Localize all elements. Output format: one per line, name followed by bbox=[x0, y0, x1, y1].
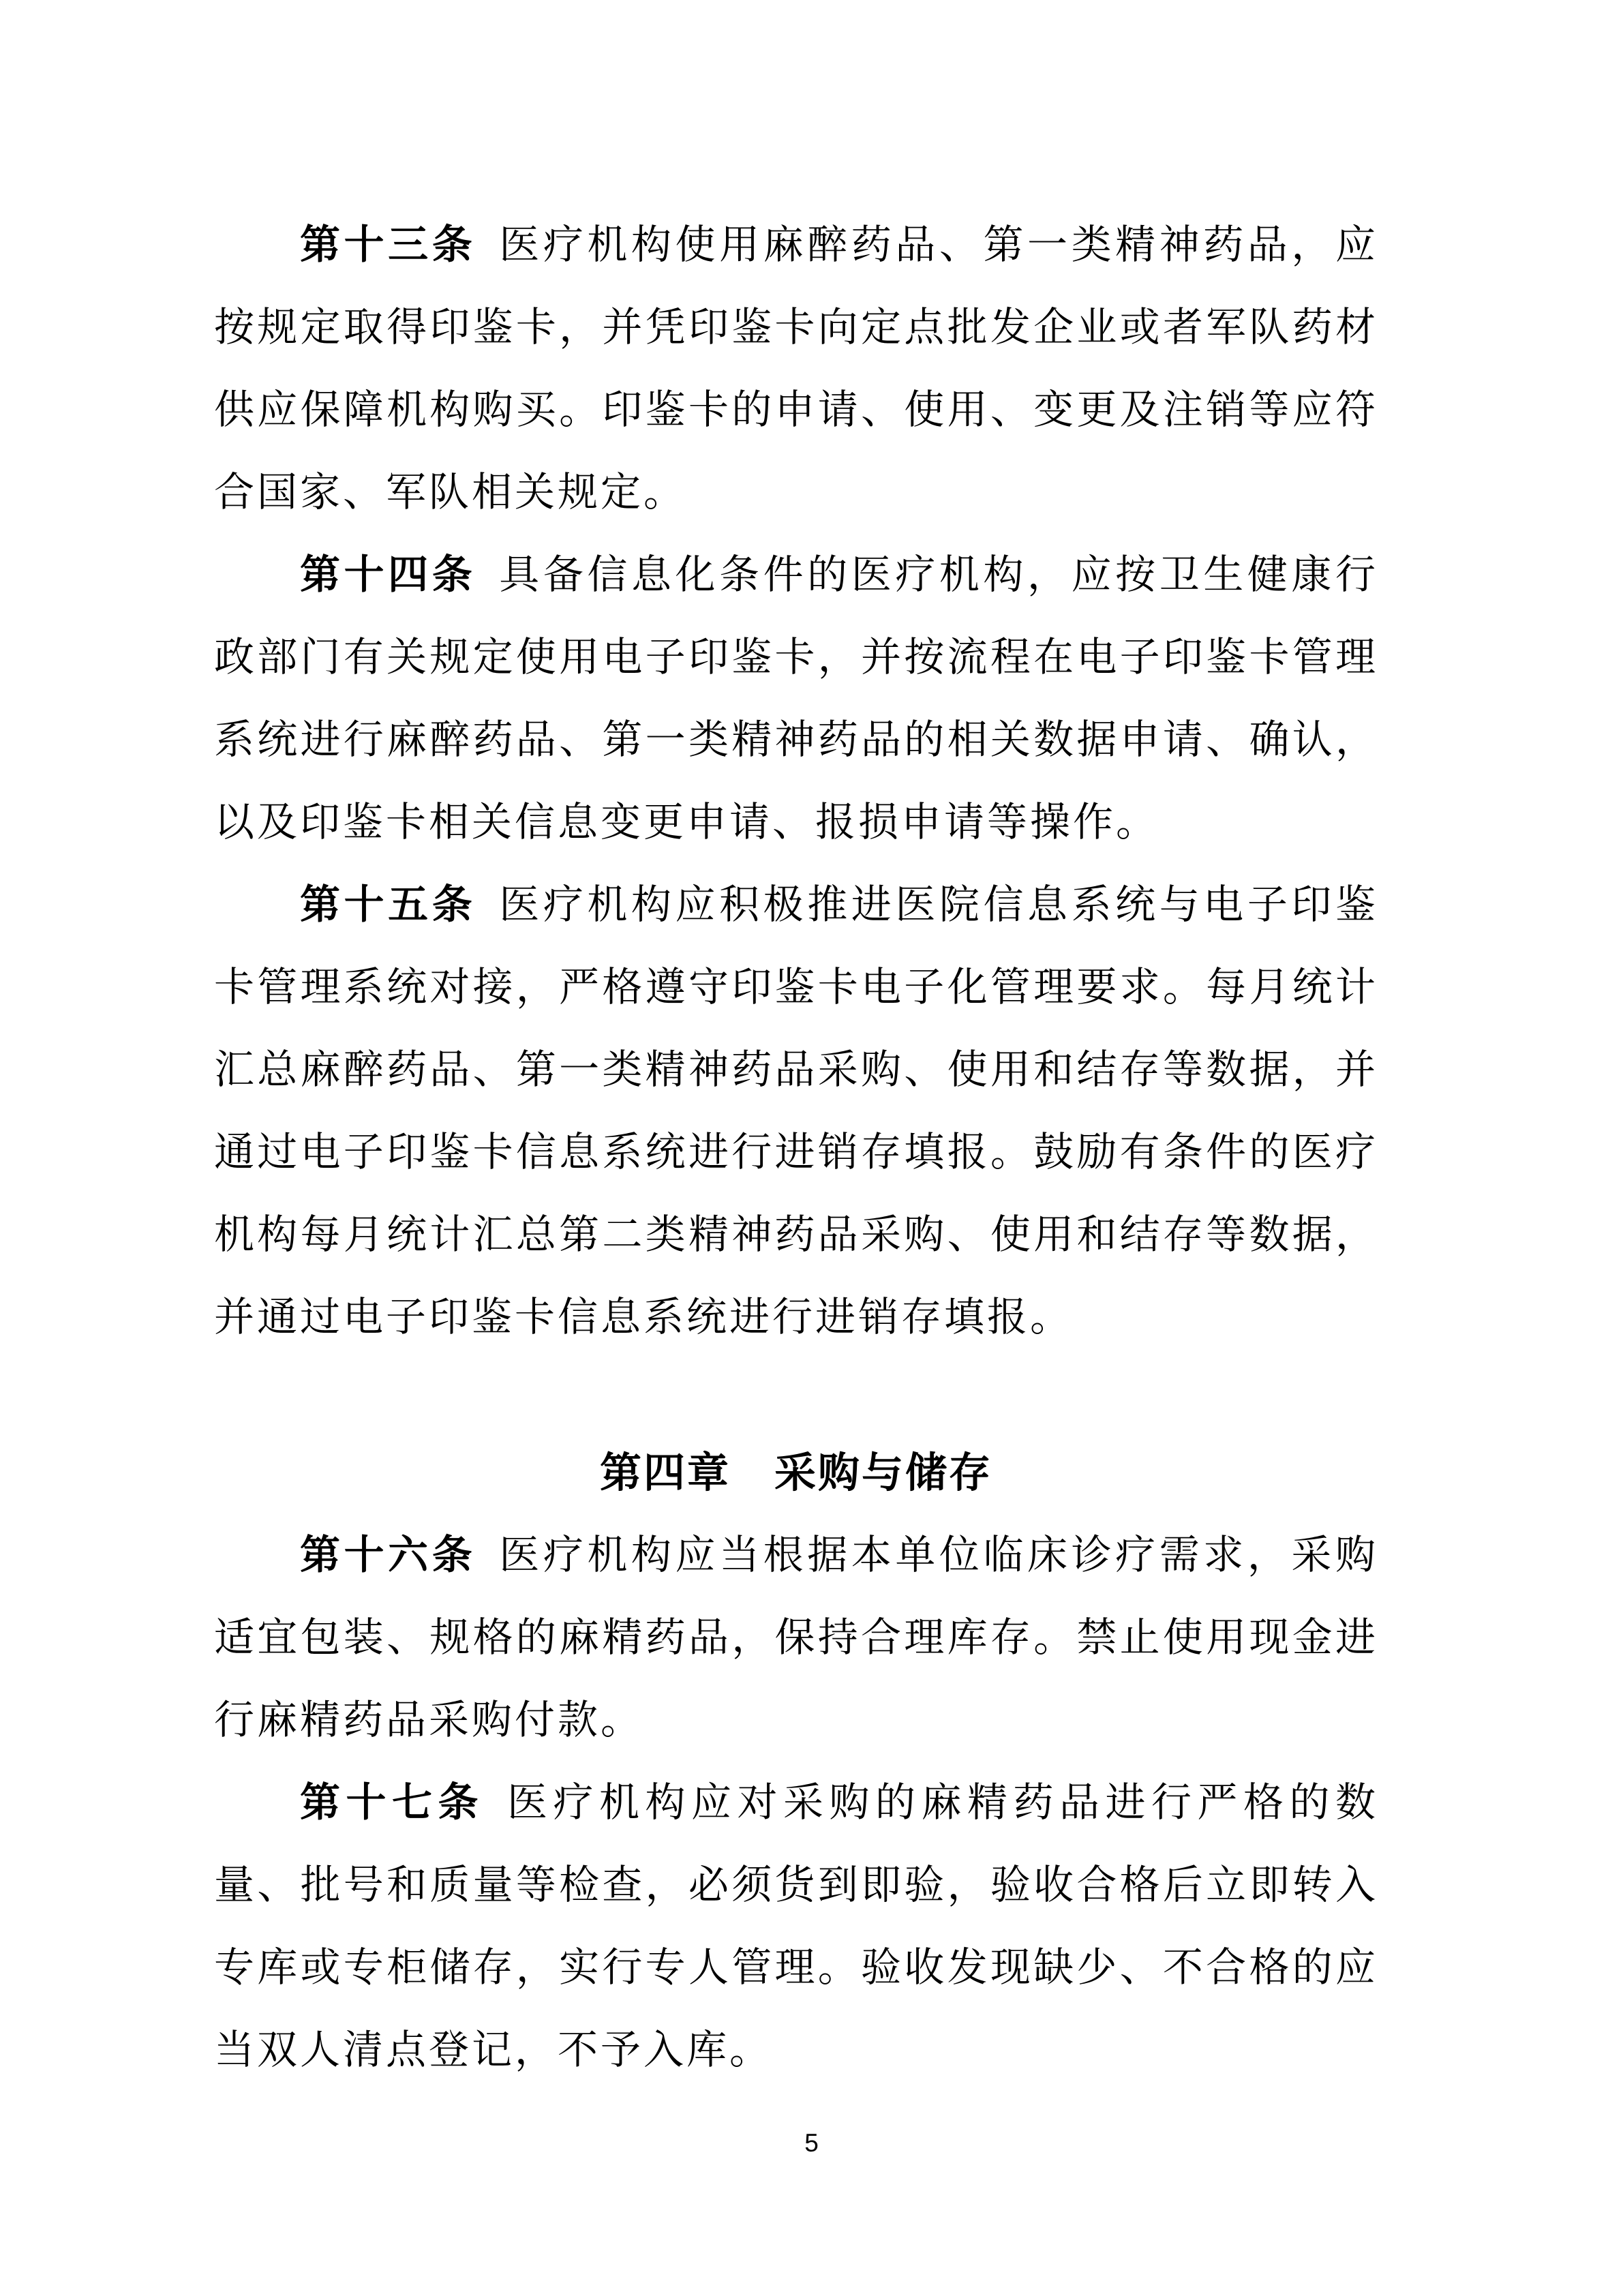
page-number: 5 bbox=[0, 2130, 1623, 2157]
article-14-number: 第十四条 bbox=[300, 552, 476, 597]
chapter-heading: 第四章 采购与储存 bbox=[214, 1432, 1378, 1514]
article-15-text: 医疗机构应积极推进医院信息系统与电子印鉴卡管理系统对接，严格遵守印鉴卡电子化管理… bbox=[214, 882, 1378, 1340]
paragraph-article-14: 第十四条具备信息化条件的医疗机构，应按卫生健康行政部门有关规定使用电子印鉴卡，并… bbox=[214, 534, 1378, 864]
article-13-number: 第十三条 bbox=[300, 222, 476, 267]
paragraph-article-13: 第十三条医疗机构使用麻醉药品、第一类精神药品，应按规定取得印鉴卡，并凭印鉴卡向定… bbox=[214, 204, 1378, 534]
article-16-number: 第十六条 bbox=[300, 1532, 476, 1577]
document-body: 第十三条医疗机构使用麻醉药品、第一类精神药品，应按规定取得印鉴卡，并凭印鉴卡向定… bbox=[214, 204, 1378, 2091]
paragraph-article-16: 第十六条医疗机构应当根据本单位临床诊疗需求，采购适宜包装、规格的麻精药品，保持合… bbox=[214, 1514, 1378, 1762]
document-page: 第十三条医疗机构使用麻醉药品、第一类精神药品，应按规定取得印鉴卡，并凭印鉴卡向定… bbox=[0, 0, 1623, 2296]
paragraph-article-17: 第十七条医疗机构应对采购的麻精药品进行严格的数量、批号和质量等检查，必须货到即验… bbox=[214, 1762, 1378, 2091]
article-15-number: 第十五条 bbox=[300, 882, 476, 927]
article-17-number: 第十七条 bbox=[300, 1780, 484, 1825]
paragraph-article-15: 第十五条医疗机构应积极推进医院信息系统与电子印鉴卡管理系统对接，严格遵守印鉴卡电… bbox=[214, 864, 1378, 1359]
